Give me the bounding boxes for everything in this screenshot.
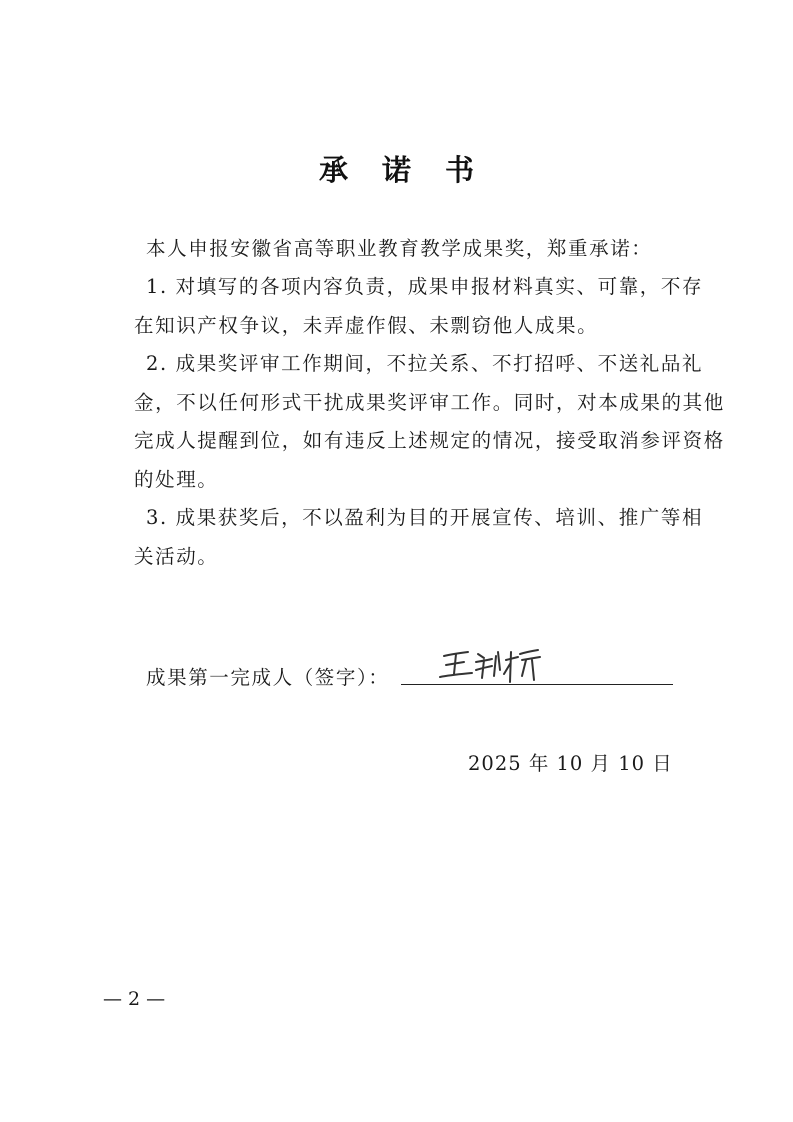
paragraph-line: 在知识产权争议，未弄虚作假、未剽窃他人成果。 — [134, 307, 710, 346]
handwritten-signature-icon — [438, 646, 542, 692]
signature-label: 成果第一完成人（签字）： — [146, 662, 389, 690]
commitment-item-1: 1. 对填写的各项内容负责，成果申报材料真实、可靠，不存 在知识产权争议，未弄虚… — [134, 268, 710, 345]
paragraph-line: 关活动。 — [134, 538, 710, 577]
paragraph-line: 完成人提醒到位，如有违反上述规定的情况，接受取消参评资格 — [134, 422, 710, 461]
paragraph-line: 金，不以任何形式干扰成果奖评审工作。同时，对本成果的其他 — [134, 384, 710, 423]
intro-paragraph: 本人申报安徽省高等职业教育教学成果奖，郑重承诺： — [134, 230, 710, 269]
paragraph-line: 本人申报安徽省高等职业教育教学成果奖，郑重承诺： — [134, 230, 710, 269]
paragraph-line: 的处理。 — [134, 461, 710, 500]
commitment-item-3: 3. 成果获奖后，不以盈利为目的开展宣传、培训、推广等相 关活动。 — [134, 499, 710, 576]
page-number: — 2 — — [103, 988, 165, 1010]
paragraph-line: 3. 成果获奖后，不以盈利为目的开展宣传、培训、推广等相 — [134, 499, 710, 538]
commitment-item-2: 2. 成果奖评审工作期间，不拉关系、不打招呼、不送礼品礼 金，不以任何形式干扰成… — [134, 345, 710, 499]
paragraph-line: 1. 对填写的各项内容负责，成果申报材料真实、可靠，不存 — [134, 268, 710, 307]
paragraph-line: 2. 成果奖评审工作期间，不拉关系、不打招呼、不送礼品礼 — [134, 345, 710, 384]
signing-date: 2025 年 10 月 10 日 — [468, 748, 673, 776]
document-title: 承诺书 — [0, 148, 793, 189]
